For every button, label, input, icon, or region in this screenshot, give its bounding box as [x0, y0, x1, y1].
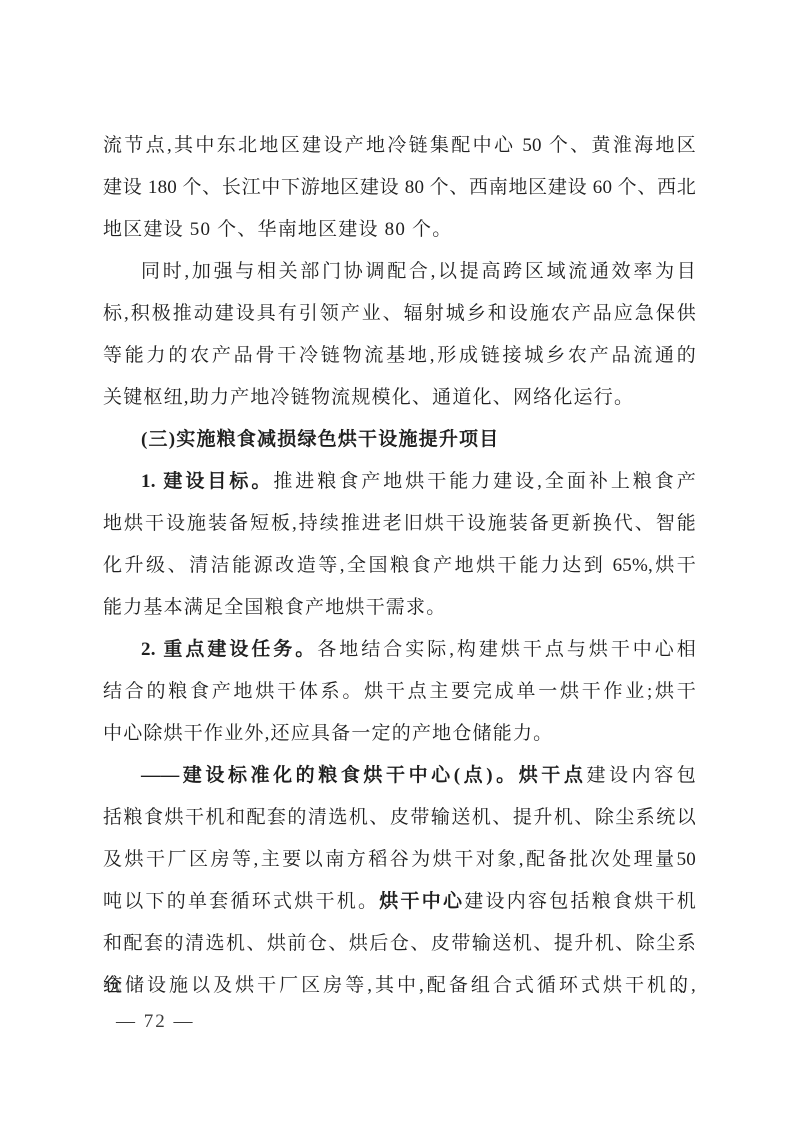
text-line: 标,积极推动建设具有引领产业、辐射城乡和设施农产品应急保供	[103, 293, 696, 335]
text-run: 各地结合实际,构建烘干点与烘干中心相	[317, 639, 696, 660]
run-in-heading: ——建设标准化的粮食烘干中心(点)。烘干点	[141, 765, 586, 786]
text-run: 能力基本满足全国粮食产地烘干需求。	[103, 597, 446, 618]
text-line: 化升级、清洁能源改造等,全国粮食产地烘干能力达到 65%,烘干	[103, 545, 696, 587]
text-run: 结合的粮食产地烘干体系。烘干点主要完成单一烘干作业;烘干	[103, 681, 696, 702]
text-line: 中心除烘干作业外,还应具备一定的产地仓储能力。	[103, 713, 696, 755]
text-run: 地烘干设施装备短板,持续推进老旧烘干设施装备更新换代、智能	[103, 513, 696, 534]
text-run: 流节点,其中东北地区建设产地冷链集配中心 50 个、黄淮海地区	[103, 135, 696, 156]
text-line: 及烘干厂区房等,主要以南方稻谷为烘干对象,配备批次处理量50	[103, 839, 696, 881]
run-in-heading: 1. 建设目标。	[141, 471, 273, 492]
text-run: 及烘干厂区房等,主要以南方稻谷为烘干对象,配备批次处理量50	[103, 849, 696, 870]
text-line: 地烘干设施装备短板,持续推进老旧烘干设施装备更新换代、智能	[103, 503, 696, 545]
text-line: 括粮食烘干机和配套的清选机、皮带输送机、提升机、除尘系统以	[103, 797, 696, 839]
text-run: 仓储设施以及烘干厂区房等,其中,配备组合式循环式烘干机的,	[103, 975, 696, 996]
text-run: 吨以下的单套循环式烘干机。	[103, 891, 379, 912]
text-run: 推进粮食产地烘干能力建设,全面补上粮食产	[273, 471, 696, 492]
text-run: 括粮食烘干机和配套的清选机、皮带输送机、提升机、除尘系统以	[103, 807, 696, 828]
text-line: 同时,加强与相关部门协调配合,以提高跨区域流通效率为目	[103, 251, 696, 293]
text-line: 地区建设 50 个、华南地区建设 80 个。	[103, 209, 696, 251]
page-footer: — 72 —	[116, 1008, 195, 1036]
text-line: 1. 建设目标。推进粮食产地烘干能力建设,全面补上粮食产	[103, 461, 696, 503]
text-line: 2. 重点建设任务。各地结合实际,构建烘干点与烘干中心相	[103, 629, 696, 671]
document-body: 流节点,其中东北地区建设产地冷链集配中心 50 个、黄淮海地区 建设 180 个…	[103, 125, 696, 1007]
text-run: 标,积极推动建设具有引领产业、辐射城乡和设施农产品应急保供	[103, 303, 696, 324]
text-line: 仓储设施以及烘干厂区房等,其中,配备组合式循环式烘干机的,	[103, 965, 696, 1007]
text-line: 等能力的农产品骨干冷链物流基地,形成链接城乡农产品流通的	[103, 335, 696, 377]
text-line: 流节点,其中东北地区建设产地冷链集配中心 50 个、黄淮海地区	[103, 125, 696, 167]
text-line: 关键枢纽,助力产地冷链物流规模化、通道化、网络化运行。	[103, 377, 696, 419]
section-heading: (三)实施粮食减损绿色烘干设施提升项目	[103, 419, 696, 461]
text-line: 吨以下的单套循环式烘干机。烘干中心建设内容包括粮食烘干机	[103, 881, 696, 923]
text-run: 建设 180 个、长江中下游地区建设 80 个、西南地区建设 60 个、西北	[103, 177, 696, 198]
text-line: 能力基本满足全国粮食产地烘干需求。	[103, 587, 696, 629]
text-line: ——建设标准化的粮食烘干中心(点)。烘干点建设内容包	[103, 755, 696, 797]
text-run: 关键枢纽,助力产地冷链物流规模化、通道化、网络化运行。	[103, 387, 634, 408]
text-run: 建设内容包	[586, 765, 696, 786]
text-line: 建设 180 个、长江中下游地区建设 80 个、西南地区建设 60 个、西北	[103, 167, 696, 209]
text-line: 结合的粮食产地烘干体系。烘干点主要完成单一烘干作业;烘干	[103, 671, 696, 713]
text-run: 化升级、清洁能源改造等,全国粮食产地烘干能力达到 65%,烘干	[103, 555, 696, 576]
keyword-bold: 烘干中心	[379, 891, 464, 912]
text-run: 建设内容包括粮食烘干机	[464, 891, 696, 912]
page-number: — 72 —	[116, 1011, 195, 1032]
text-run: 地区建设 50 个、华南地区建设 80 个。	[103, 219, 452, 240]
text-run: 等能力的农产品骨干冷链物流基地,形成链接城乡农产品流通的	[103, 345, 696, 366]
run-in-heading: 2. 重点建设任务。	[141, 639, 317, 660]
text-run: 中心除烘干作业外,还应具备一定的产地仓储能力。	[103, 723, 553, 744]
document-page: 流节点,其中东北地区建设产地冷链集配中心 50 个、黄淮海地区 建设 180 个…	[0, 0, 794, 1123]
text-run: 同时,加强与相关部门协调配合,以提高跨区域流通效率为目	[141, 261, 696, 282]
text-line: 和配套的清选机、烘前仓、烘后仓、皮带输送机、提升机、除尘系统、	[103, 923, 696, 965]
heading-text: (三)实施粮食减损绿色烘干设施提升项目	[141, 429, 499, 450]
